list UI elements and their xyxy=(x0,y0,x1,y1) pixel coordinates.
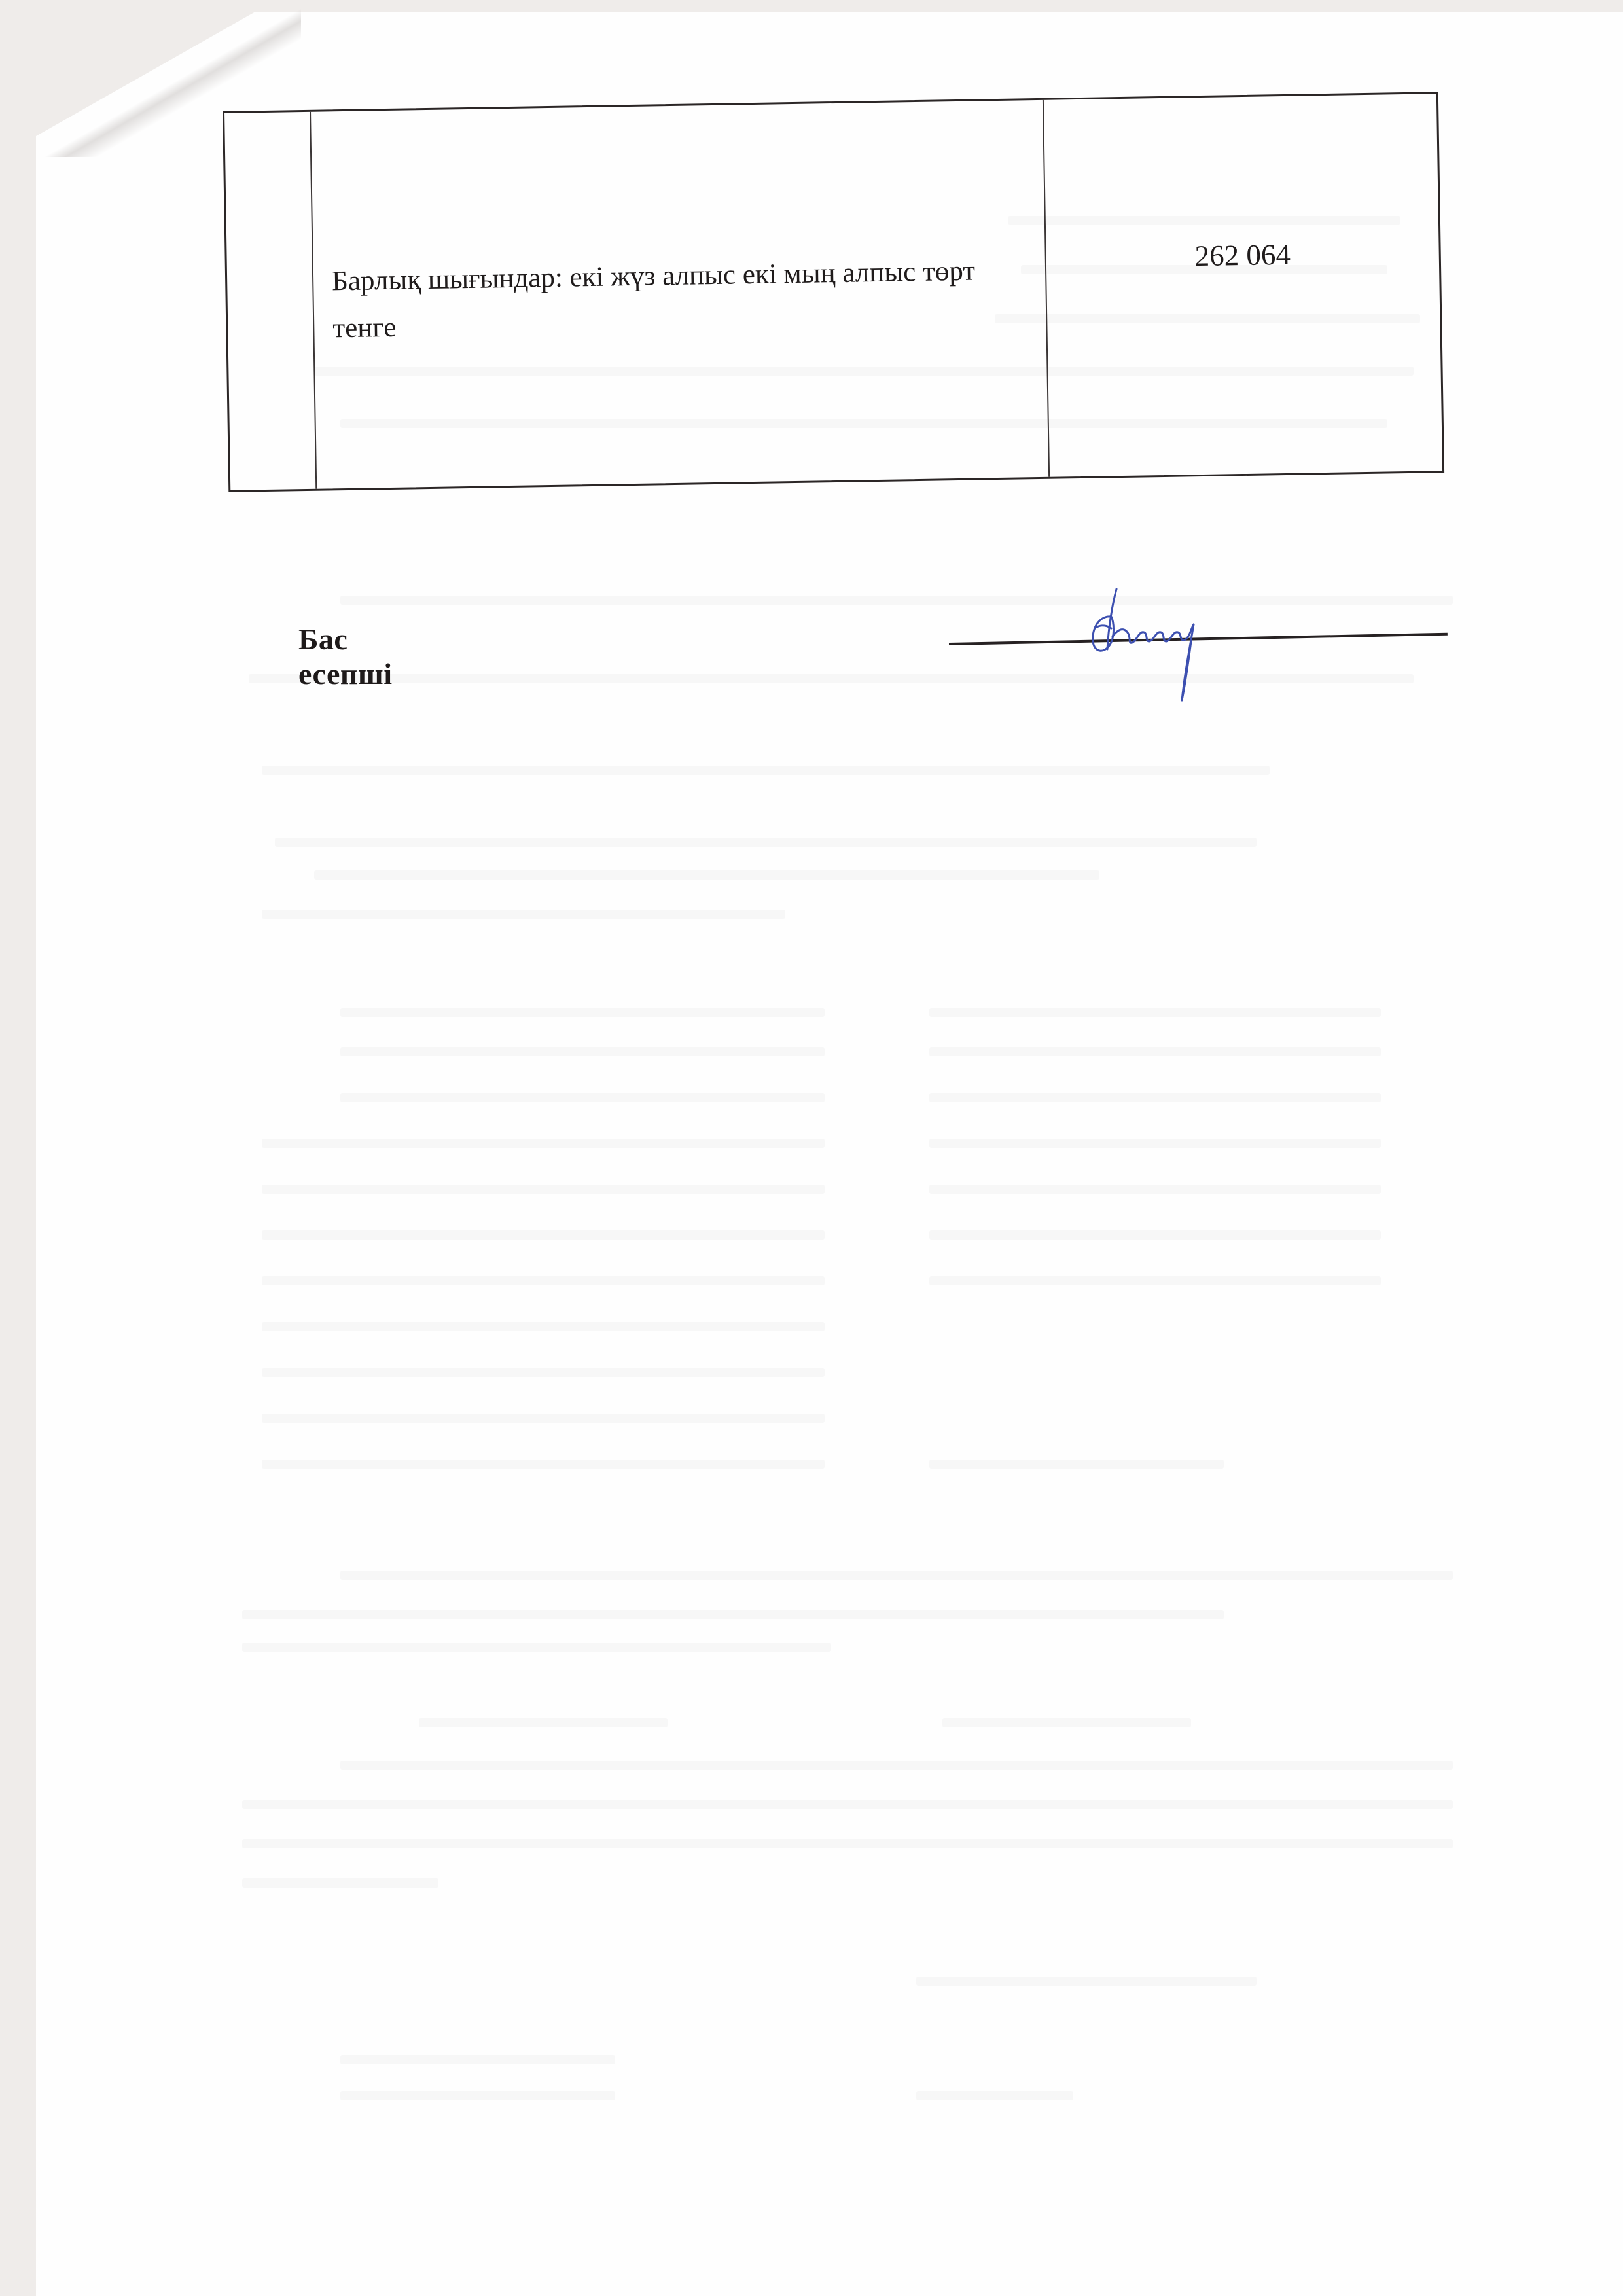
table-cell-amount: 262 064 xyxy=(1043,94,1442,477)
handwritten-signature-icon xyxy=(1073,576,1270,707)
expenses-total-table: Барлық шығындар: екі жүз алпыс екі мың а… xyxy=(223,92,1444,492)
total-expenses-description: Барлық шығындар: екі жүз алпыс екі мың а… xyxy=(332,247,1027,352)
chief-accountant-label: Бас есепші xyxy=(298,622,392,691)
table-cell-description: Барлық шығындар: екі жүз алпыс екі мың а… xyxy=(310,100,1048,489)
total-expenses-amount: 262 064 xyxy=(1046,235,1439,276)
table-cell-number xyxy=(224,112,315,490)
